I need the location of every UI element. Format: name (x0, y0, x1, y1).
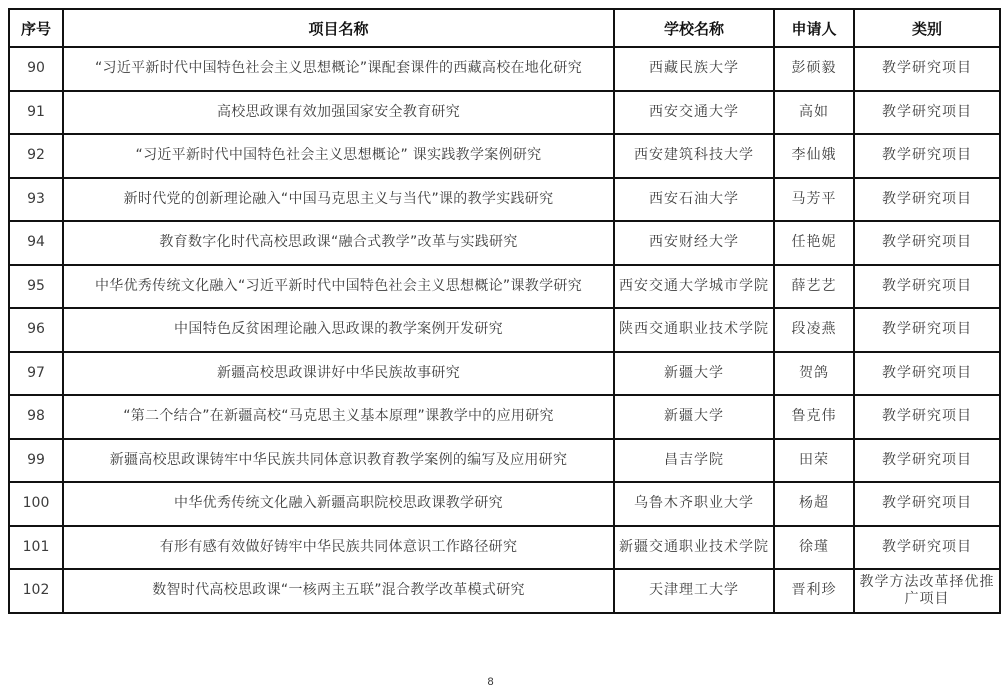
cell-school: 西安交通大学城市学院 (614, 265, 774, 309)
cell-title: 教育数字化时代高校思政课“融合式教学”改革与实践研究 (63, 221, 614, 265)
cell-school: 昌吉学院 (614, 439, 774, 483)
cell-category: 教学研究项目 (854, 439, 1000, 483)
cell-index: 94 (9, 221, 63, 265)
cell-applicant: 马芳平 (774, 178, 854, 222)
cell-applicant: 杨超 (774, 482, 854, 526)
cell-index: 96 (9, 308, 63, 352)
cell-category: 教学研究项目 (854, 395, 1000, 439)
header-school: 学校名称 (614, 9, 774, 47)
table-row: 99 新疆高校思政课铸牢中华民族共同体意识教育教学案例的编写及应用研究 昌吉学院… (9, 439, 1000, 483)
cell-applicant: 徐瑾 (774, 526, 854, 570)
table-row: 92 “习近平新时代中国特色社会主义思想概论” 课实践教学案例研究 西安建筑科技… (9, 134, 1000, 178)
project-list-table: 序号 项目名称 学校名称 申请人 类别 90 “习近平新时代中国特色社会主义思想… (8, 8, 1001, 614)
cell-applicant: 晋利珍 (774, 569, 854, 613)
cell-school: 新疆大学 (614, 352, 774, 396)
cell-title: “习近平新时代中国特色社会主义思想概论”课配套课件的西藏高校在地化研究 (63, 47, 614, 91)
cell-school: 西安交通大学 (614, 91, 774, 135)
cell-applicant: 段凌燕 (774, 308, 854, 352)
header-applicant: 申请人 (774, 9, 854, 47)
cell-category: 教学研究项目 (854, 352, 1000, 396)
cell-index: 97 (9, 352, 63, 396)
cell-applicant: 薛艺艺 (774, 265, 854, 309)
cell-title: 新疆高校思政课讲好中华民族故事研究 (63, 352, 614, 396)
cell-title: 中国特色反贫困理论融入思政课的教学案例开发研究 (63, 308, 614, 352)
table-row: 100 中华优秀传统文化融入新疆高职院校思政课教学研究 乌鲁木齐职业大学 杨超 … (9, 482, 1000, 526)
table-row: 97 新疆高校思政课讲好中华民族故事研究 新疆大学 贺鸽 教学研究项目 (9, 352, 1000, 396)
cell-applicant: 高如 (774, 91, 854, 135)
cell-school: 乌鲁木齐职业大学 (614, 482, 774, 526)
table-row: 91 高校思政课有效加强国家安全教育研究 西安交通大学 高如 教学研究项目 (9, 91, 1000, 135)
cell-title: 有形有感有效做好铸牢中华民族共同体意识工作路径研究 (63, 526, 614, 570)
cell-index: 100 (9, 482, 63, 526)
cell-category: 教学研究项目 (854, 178, 1000, 222)
table-row: 93 新时代党的创新理论融入“中国马克思主义与当代”课的教学实践研究 西安石油大… (9, 178, 1000, 222)
cell-title: “第二个结合”在新疆高校“马克思主义基本原理”课教学中的应用研究 (63, 395, 614, 439)
cell-school: 西安石油大学 (614, 178, 774, 222)
cell-school: 天津理工大学 (614, 569, 774, 613)
cell-applicant: 李仙娥 (774, 134, 854, 178)
table-row: 95 中华优秀传统文化融入“习近平新时代中国特色社会主义思想概论”课教学研究 西… (9, 265, 1000, 309)
cell-school: 新疆大学 (614, 395, 774, 439)
table-row: 101 有形有感有效做好铸牢中华民族共同体意识工作路径研究 新疆交通职业技术学院… (9, 526, 1000, 570)
cell-index: 98 (9, 395, 63, 439)
cell-category: 教学研究项目 (854, 91, 1000, 135)
page-number: 8 (0, 676, 981, 688)
cell-title: 中华优秀传统文化融入新疆高职院校思政课教学研究 (63, 482, 614, 526)
cell-index: 90 (9, 47, 63, 91)
table-row: 96 中国特色反贫困理论融入思政课的教学案例开发研究 陕西交通职业技术学院 段凌… (9, 308, 1000, 352)
cell-index: 92 (9, 134, 63, 178)
document-page: 序号 项目名称 学校名称 申请人 类别 90 “习近平新时代中国特色社会主义思想… (0, 0, 1007, 700)
cell-school: 新疆交通职业技术学院 (614, 526, 774, 570)
cell-category: 教学研究项目 (854, 47, 1000, 91)
cell-title: 新疆高校思政课铸牢中华民族共同体意识教育教学案例的编写及应用研究 (63, 439, 614, 483)
table-row: 98 “第二个结合”在新疆高校“马克思主义基本原理”课教学中的应用研究 新疆大学… (9, 395, 1000, 439)
cell-school: 西安财经大学 (614, 221, 774, 265)
cell-applicant: 田荣 (774, 439, 854, 483)
table-row: 90 “习近平新时代中国特色社会主义思想概论”课配套课件的西藏高校在地化研究 西… (9, 47, 1000, 91)
cell-index: 99 (9, 439, 63, 483)
cell-school: 陕西交通职业技术学院 (614, 308, 774, 352)
cell-applicant: 鲁克伟 (774, 395, 854, 439)
cell-applicant: 任艳妮 (774, 221, 854, 265)
cell-applicant: 贺鸽 (774, 352, 854, 396)
cell-title: 新时代党的创新理论融入“中国马克思主义与当代”课的教学实践研究 (63, 178, 614, 222)
cell-category: 教学研究项目 (854, 265, 1000, 309)
table-body: 90 “习近平新时代中国特色社会主义思想概论”课配套课件的西藏高校在地化研究 西… (9, 47, 1000, 613)
cell-category: 教学研究项目 (854, 221, 1000, 265)
cell-school: 西藏民族大学 (614, 47, 774, 91)
table-row: 94 教育数字化时代高校思政课“融合式教学”改革与实践研究 西安财经大学 任艳妮… (9, 221, 1000, 265)
cell-index: 102 (9, 569, 63, 613)
header-category: 类别 (854, 9, 1000, 47)
cell-title: “习近平新时代中国特色社会主义思想概论” 课实践教学案例研究 (63, 134, 614, 178)
cell-index: 91 (9, 91, 63, 135)
header-index: 序号 (9, 9, 63, 47)
header-title: 项目名称 (63, 9, 614, 47)
cell-title: 高校思政课有效加强国家安全教育研究 (63, 91, 614, 135)
cell-title: 中华优秀传统文化融入“习近平新时代中国特色社会主义思想概论”课教学研究 (63, 265, 614, 309)
cell-category: 教学研究项目 (854, 308, 1000, 352)
cell-category: 教学研究项目 (854, 134, 1000, 178)
cell-title: 数智时代高校思政课“一核两主五联”混合教学改革模式研究 (63, 569, 614, 613)
cell-school: 西安建筑科技大学 (614, 134, 774, 178)
cell-applicant: 彭硕毅 (774, 47, 854, 91)
table-header-row: 序号 项目名称 学校名称 申请人 类别 (9, 9, 1000, 47)
cell-index: 101 (9, 526, 63, 570)
cell-category: 教学研究项目 (854, 482, 1000, 526)
cell-index: 95 (9, 265, 63, 309)
table-row: 102 数智时代高校思政课“一核两主五联”混合教学改革模式研究 天津理工大学 晋… (9, 569, 1000, 613)
cell-category: 教学方法改革择优推广项目 (854, 569, 1000, 613)
cell-index: 93 (9, 178, 63, 222)
cell-category: 教学研究项目 (854, 526, 1000, 570)
